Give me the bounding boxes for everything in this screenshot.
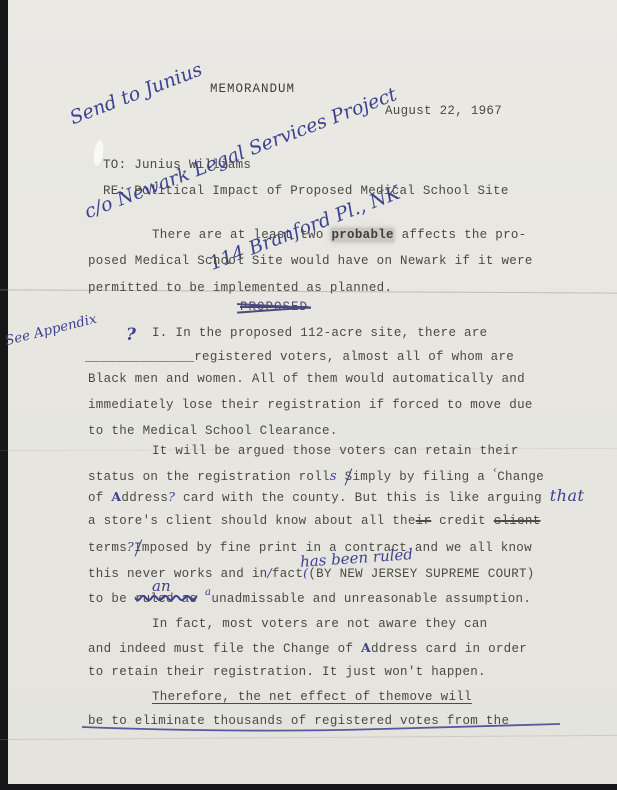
struck-text: client — [494, 514, 541, 528]
typed-text: affects the pro- — [394, 228, 527, 242]
typed-text: of — [88, 491, 111, 505]
blank-underscore: ______________ — [85, 350, 194, 364]
typed-text: Change — [497, 470, 544, 484]
memo-date: August 22, 1967 — [385, 104, 502, 118]
handwritten-question-mark: ? — [126, 325, 136, 345]
typed-line: status on the registration rolls Simply … — [88, 470, 544, 485]
memo-title: MEMORANDUM — [210, 82, 295, 96]
typed-text: a store's client should know about all t… — [88, 514, 416, 528]
handwritten-s: s — [330, 469, 337, 484]
typed-text: There are at least two — [152, 228, 331, 242]
typed-text — [197, 592, 205, 606]
typed-text: terms — [88, 541, 127, 555]
paper-crease — [0, 735, 617, 740]
struck-text: ir — [416, 514, 432, 528]
handwritten-underline — [80, 720, 562, 734]
typed-text: fact — [272, 567, 303, 581]
typed-line: to the Medical School Clearance. — [88, 424, 338, 438]
handwritten-mark: ? — [127, 539, 134, 554]
typed-text: registered voters, almost all of whom ar… — [194, 350, 514, 364]
typed-line: immediately lose their registration if f… — [88, 398, 533, 412]
memo-page: Send to Junius c/o Newark Legal Services… — [0, 0, 617, 790]
typed-line: of Address? card with the county. But th… — [88, 489, 584, 505]
typed-line: to retain their registration. It just wo… — [88, 665, 486, 679]
typed-text: ddress card in order — [371, 642, 527, 656]
typed-line: It will be argued those voters can retai… — [152, 444, 519, 458]
slashed-letter: S — [345, 470, 353, 484]
typed-line: Black men and women. All of them would a… — [88, 372, 525, 386]
typed-line: I. In the proposed 112-acre site, there … — [152, 326, 487, 340]
typed-line: a store's client should know about all t… — [88, 514, 541, 528]
re-line: RE: Political Impact of Proposed Medical… — [103, 184, 509, 198]
typed-text: ddress — [121, 491, 168, 505]
typed-line: and indeed must file the Change of Addre… — [88, 641, 527, 656]
slashed-letter: I — [134, 541, 142, 555]
typed-text: and indeed must file the Change of — [88, 642, 361, 656]
typed-text: card with the county. But this is like a… — [175, 491, 549, 505]
to-line: TO: Junius Williams — [103, 158, 251, 172]
struck-heading: PROPOSED — [240, 300, 308, 314]
typed-line: posed Medical School Site would have on … — [88, 254, 533, 268]
caret-mark: ‹ — [493, 465, 497, 476]
typed-line: In fact, most voters are not aware they … — [152, 617, 487, 631]
handwritten-mark: a — [205, 587, 211, 598]
typed-text: credit — [431, 514, 493, 528]
blue-struck-text: ruled as — [135, 592, 197, 606]
typed-line: to be ruled as aunadmissable and unreaso… — [88, 592, 531, 607]
handwritten-capital-a: A — [111, 489, 121, 504]
scan-edge-left — [0, 0, 8, 790]
typed-underlined-line: Therefore, the net effect of themove wil… — [152, 690, 472, 704]
overtyped-word: probable — [331, 228, 393, 242]
typed-line: PROPOSED — [240, 300, 308, 314]
handwritten-capital-a: A — [361, 640, 371, 655]
typed-text: unadmissable and unreasonable assumption… — [211, 592, 531, 606]
typed-text: to be — [88, 592, 135, 606]
margin-annotation: See Appendix — [3, 311, 98, 349]
scan-edge-bottom — [0, 784, 617, 790]
handwritten-that: that — [550, 486, 585, 505]
typed-text: this never works and in — [88, 567, 267, 581]
typed-line: permitted to be implemented as planned. — [88, 281, 392, 295]
typed-text: (BY NEW JERSEY SUPREME COURT) — [308, 567, 534, 581]
typed-text: status on the registration roll — [88, 470, 330, 484]
typed-line: There are at least two probable affects … — [152, 228, 526, 242]
typed-line: ______________registered voters, almost … — [85, 350, 514, 364]
typed-text: imply by filing a — [352, 470, 492, 484]
